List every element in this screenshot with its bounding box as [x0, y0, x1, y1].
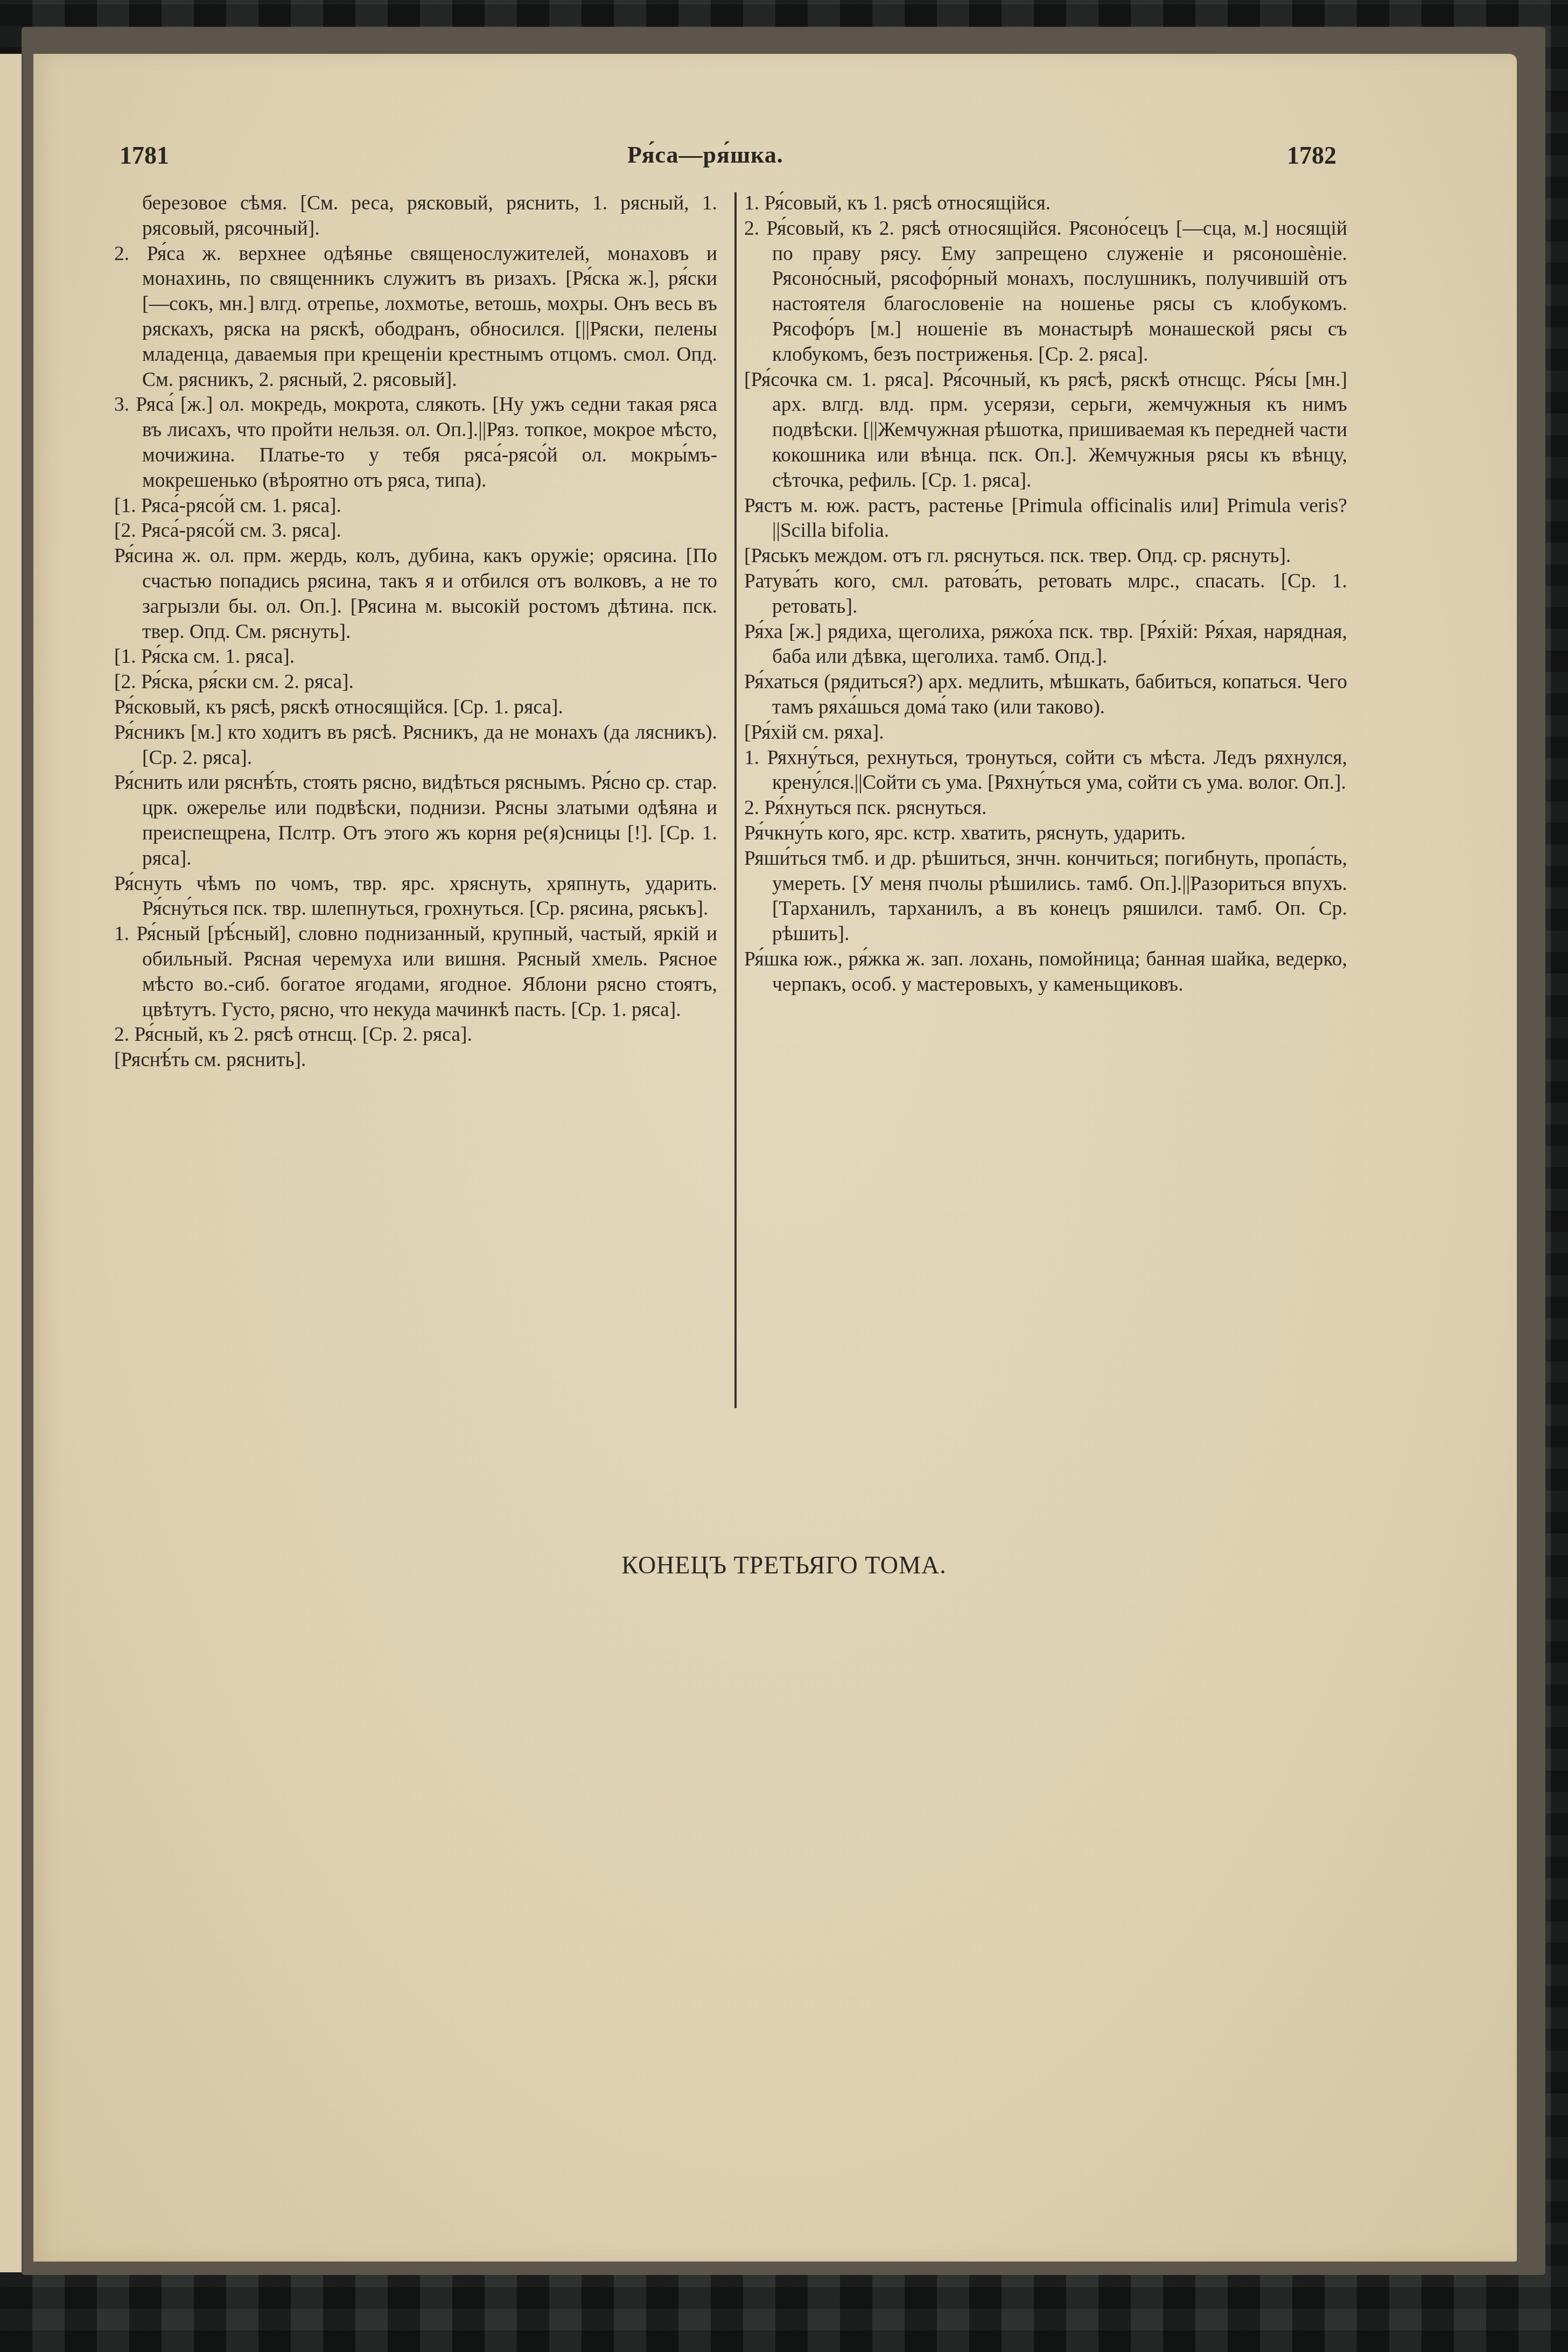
entry-ratuvat: Ратува́ть кого, смл. ратова́ть, ретовать…	[744, 569, 1347, 620]
left-page-number: 1781	[120, 141, 169, 170]
entry-rashka: Ря́шка юж., ря́жка ж. зап. лохань, помой…	[744, 947, 1347, 998]
entry-rahatsya: Ря́хаться (рядиться?) арх. медлить, мѣшк…	[744, 670, 1347, 720]
entry-continuation: березовое сѣмя. [См. реса, рясковый, ряс…	[114, 191, 717, 242]
right-column: 1. Ря́совый, къ 1. рясѣ относящійся. 2. …	[744, 191, 1347, 998]
entry-rasochka: [Ря́сочка см. 1. ряса]. Ря́сочный, къ ря…	[744, 368, 1347, 494]
entry-raska-1: [1. Ря́ска см. 1. ряса].	[114, 645, 717, 670]
entry-rask: [Ряськъ междом. отъ гл. ряснуться. пск. …	[744, 544, 1347, 569]
left-column: березовое сѣмя. [См. реса, рясковый, ряс…	[114, 191, 717, 1073]
entry-rahnutsya-2: 2. Ря́хнуться пск. ряснуться.	[744, 796, 1347, 821]
entry-raha: Ря́ха [ж.] рядиха, щеголиха, ряжо́ха пск…	[744, 620, 1347, 670]
entry-rasnyy-2: 2. Ря́сный, къ 2. рясѣ отнсщ. [Ср. 2. ря…	[114, 1023, 717, 1048]
entry-rachknut: Ря́чкну́ть кого, ярс. кстр. хватить, ряс…	[744, 821, 1347, 846]
entry-rasnyy-1: 1. Ря́сный [рѣ́сный], словно поднизанный…	[114, 922, 717, 1023]
entry-rasina: Ря́сина ж. ол. прм. жердь, колъ, дубина,…	[114, 544, 717, 645]
end-of-volume-note: КОНЕЦЪ ТРЕТЬЯГО ТОМА.	[0, 1551, 1568, 1579]
entry-rahnutsya-1: 1. Ряхну́ться, рехнуться, тронуться, сой…	[744, 746, 1347, 796]
entry-rasa-rasoy-1: [1. Ряса́-рясо́й см. 1. ряса].	[114, 494, 717, 519]
previous-page-edge	[0, 54, 23, 2272]
entry-rasovyy-2: 2. Ря́совый, къ 2. рясѣ относящійся. Ряс…	[744, 216, 1347, 368]
right-page-number: 1782	[1287, 141, 1336, 170]
entry-rashitsya: Ряши́ться тмб. и др. рѣшиться, знчн. кон…	[744, 846, 1347, 947]
entry-rasnet: [Ряснѣ́ть см. ряснить].	[114, 1048, 717, 1073]
entry-rahiy: [Ря́хій см. ряха].	[744, 720, 1347, 746]
entry-rasovyy-1: 1. Ря́совый, къ 1. рясѣ относящійся.	[744, 191, 1347, 216]
entry-raskovyy: Ря́сковый, къ рясѣ, ряскѣ относящійся. […	[114, 695, 717, 720]
entry-rast: Рястъ м. юж. растъ, растенье [Primula of…	[744, 494, 1347, 544]
page-header: 1781 Ря́са—ря́шка. 1782	[0, 141, 1568, 173]
entry-rasnik: Ря́сникъ [м.] кто ходитъ въ рясѣ. Рясник…	[114, 720, 717, 771]
column-divider	[734, 192, 737, 1408]
entry-rasnut: Ря́снуть чѣмъ по чомъ, твр. ярс. хряснут…	[114, 872, 717, 922]
entry-raska-2: [2. Ря́ска, ря́ски см. 2. ряса].	[114, 670, 717, 695]
entry-rasa-3: 3. Ряса́ [ж.] ол. мокредь, мокрота, сляк…	[114, 393, 717, 493]
entry-rasnit: Ря́снить или ряснѣ́ть, стоять рясно, вид…	[114, 771, 717, 871]
entry-rasa-2: 2. Ря́са ж. верхнее одѣянье священослужи…	[114, 242, 717, 393]
entry-rasa-rasoy-2: [2. Ряса́-рясо́й см. 3. ряса].	[114, 519, 717, 544]
running-head: Ря́са—ря́шка.	[627, 141, 783, 169]
